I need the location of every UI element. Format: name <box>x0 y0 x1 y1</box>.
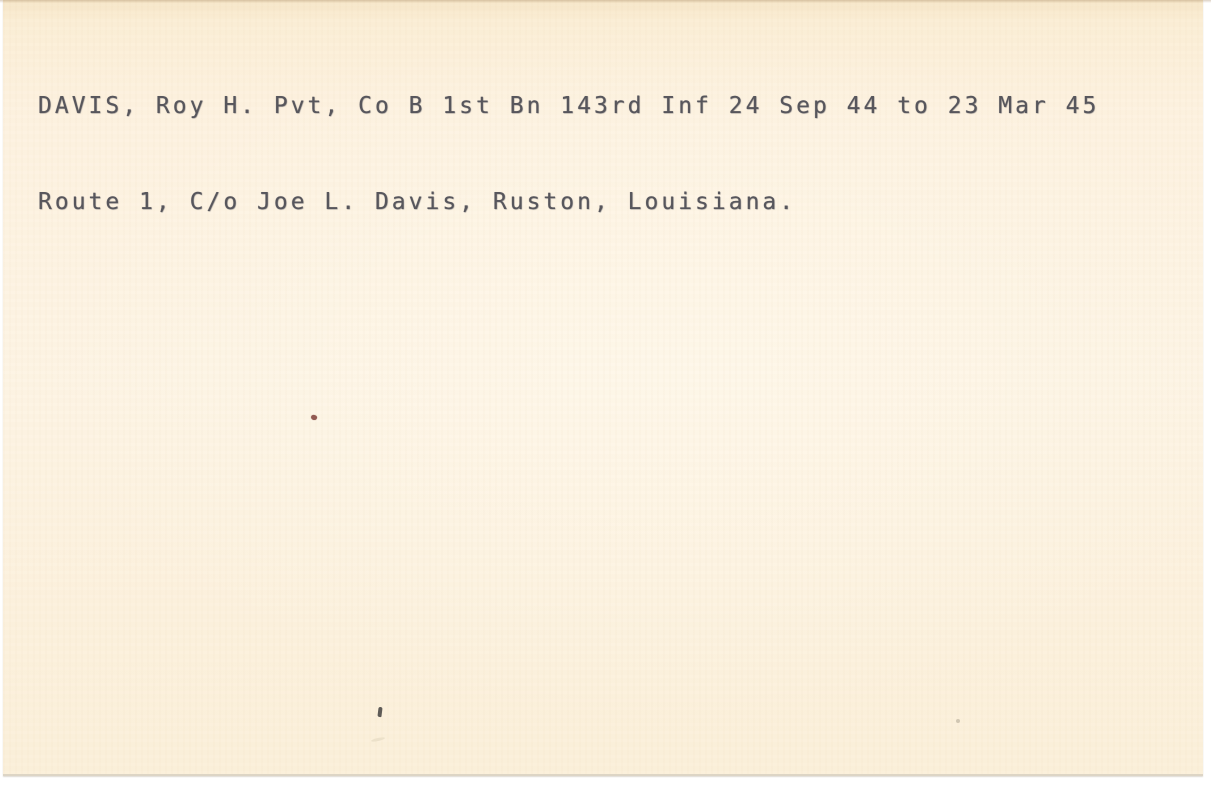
scanned-document: DAVIS, Roy H. Pvt, Co B 1st Bn 143rd Inf… <box>0 0 1211 788</box>
dark-tick-mark <box>377 707 382 717</box>
index-card: DAVIS, Roy H. Pvt, Co B 1st Bn 143rd Inf… <box>3 0 1203 776</box>
typewritten-text-block: DAVIS, Roy H. Pvt, Co B 1st Bn 143rd Inf… <box>38 26 1099 282</box>
faint-smudge <box>371 737 385 743</box>
card-line-service-record: DAVIS, Roy H. Pvt, Co B 1st Bn 143rd Inf… <box>38 90 1099 122</box>
faint-gray-speck <box>956 719 960 723</box>
card-line-address: Route 1, C/o Joe L. Davis, Ruston, Louis… <box>38 186 1099 218</box>
red-ink-speck <box>310 414 318 421</box>
scan-top-edge-shadow <box>0 0 1211 3</box>
